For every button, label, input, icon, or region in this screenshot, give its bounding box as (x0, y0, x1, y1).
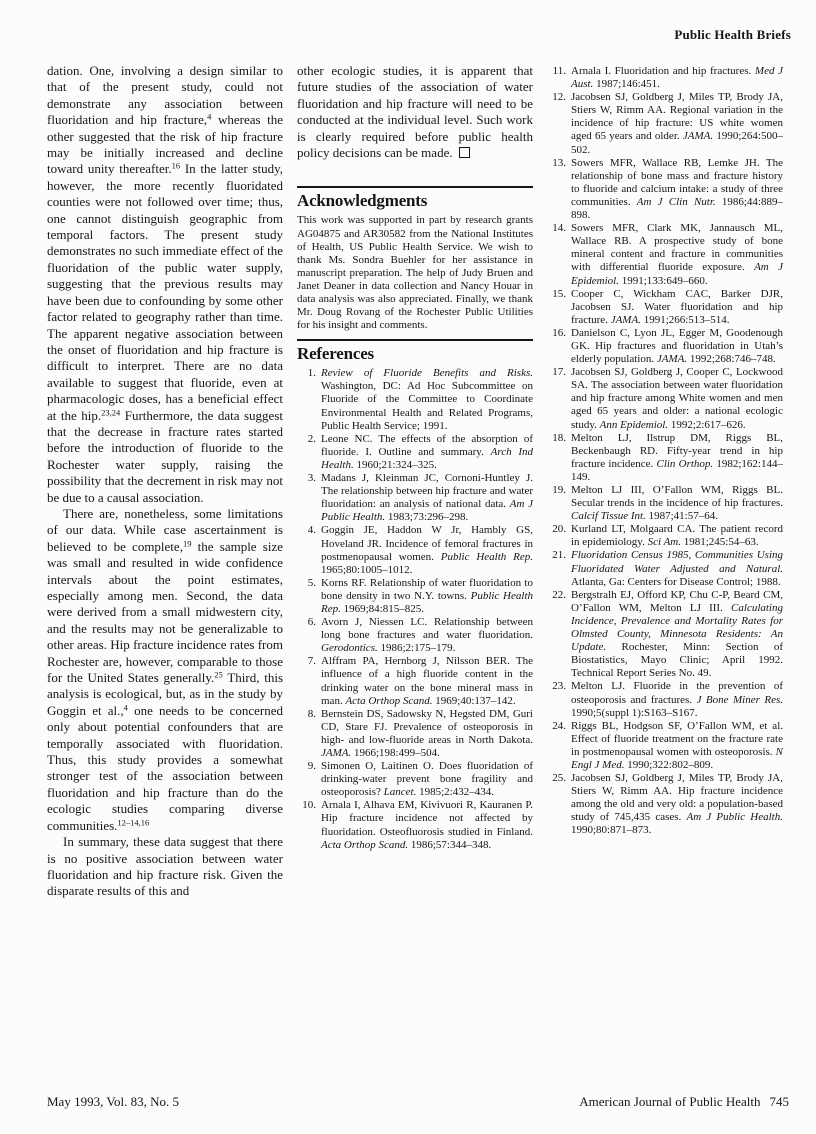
reference-text: Riggs BL, Hodgson SF, O’Fallon WM, et al… (571, 720, 783, 771)
reference-text: Melton LJ. Fluoride in the prevention of… (571, 680, 783, 718)
footer-journal-block: American Journal of Public Health745 (579, 1094, 789, 1110)
italic-text: Public Health Rep. (321, 590, 533, 615)
reference-text: Goggin JE, Haddon W Jr, Hambly GS, Hovel… (321, 524, 533, 575)
citation-superscript: 25 (214, 670, 223, 680)
reference-text: Avorn J, Niessen LC. Relationship betwee… (321, 616, 533, 654)
reference-text: Jacobsen SJ, Goldberg J, Miles TP, Brody… (571, 91, 783, 155)
reference-number: 5. (297, 577, 316, 590)
references-list-part1: 1.Review of Fluoride Benefits and Risks.… (297, 367, 533, 851)
reference-item: 10.Arnala I, Alhava EM, Kivivuori R, Kau… (297, 799, 533, 851)
italic-text: N Engl J Med. (571, 746, 783, 771)
reference-number: 19. (547, 484, 566, 497)
citation-superscript: 4 (207, 112, 211, 122)
acknowledgments-body: This work was supported in part by resea… (297, 214, 533, 332)
italic-text: Arch Ind Health. (321, 446, 533, 471)
discussion-paragraph: There are, nonetheless, some limitations… (47, 506, 283, 834)
italic-text: Am J Epidemiol. (571, 261, 783, 286)
reference-item: 6.Avorn J, Niessen LC. Relationship betw… (297, 616, 533, 655)
section-divider (297, 339, 533, 341)
citation-superscript: 4 (124, 702, 128, 712)
reference-item: 23.Melton LJ. Fluoride in the prevention… (547, 680, 783, 719)
reference-item: 14.Sowers MFR, Clark MK, Jannausch ML, W… (547, 222, 783, 287)
reference-item: 2.Leone NC. The effects of the absorptio… (297, 433, 533, 472)
references-list-part2: 11.Arnala I. Fluoridation and hip fractu… (547, 65, 783, 838)
reference-number: 12. (547, 91, 566, 104)
reference-text: Arnala I, Alhava EM, Kivivuori R, Kauran… (321, 799, 533, 850)
reference-number: 22. (547, 589, 566, 602)
reference-number: 21. (547, 549, 566, 562)
reference-number: 23. (547, 680, 566, 693)
italic-text: JAMA. (657, 353, 687, 365)
reference-text: Melton LJ III, O’Fallon WM, Riggs BL. Se… (571, 484, 783, 522)
reference-text: Sowers MFR, Wallace RB, Lemke JH. The re… (571, 157, 783, 221)
reference-number: 8. (297, 708, 316, 721)
reference-text: Jacobsen SJ, Goldberg J, Cooper C, Lockw… (571, 366, 783, 430)
footer-page-number: 745 (770, 1094, 790, 1109)
reference-number: 10. (297, 799, 316, 812)
citation-superscript: 12–14,16 (117, 817, 149, 827)
reference-item: 4.Goggin JE, Haddon W Jr, Hambly GS, Hov… (297, 524, 533, 576)
reference-text: Bernstein DS, Sadowsky N, Hegsted DM, Gu… (321, 708, 533, 759)
discussion-paragraph: dation. One, involving a design similar … (47, 63, 283, 506)
reference-item: 13.Sowers MFR, Wallace RB, Lemke JH. The… (547, 157, 783, 222)
italic-text: JAMA. (683, 130, 713, 142)
reference-item: 12.Jacobsen SJ, Goldberg J, Miles TP, Br… (547, 91, 783, 156)
italic-text: Sci Am. (648, 536, 681, 548)
reference-item: 25.Jacobsen SJ, Goldberg J, Miles TP, Br… (547, 772, 783, 837)
reference-number: 3. (297, 472, 316, 485)
column-1: dation. One, involving a design similar … (47, 63, 283, 900)
reference-item: 19.Melton LJ III, O’Fallon WM, Riggs BL.… (547, 484, 783, 523)
citation-superscript: 19 (183, 538, 192, 548)
section-divider (297, 186, 533, 188)
italic-text: Public Health Rep. (441, 551, 533, 563)
reference-item: 1.Review of Fluoride Benefits and Risks.… (297, 367, 533, 432)
reference-text: Cooper C, Wickham CAC, Barker DJR, Jacob… (571, 288, 783, 326)
reference-number: 1. (297, 367, 316, 380)
reference-text: Review of Fluoride Benefits and Risks. W… (321, 367, 533, 431)
reference-number: 17. (547, 366, 566, 379)
references-title: References (297, 344, 533, 364)
italic-text: Calcif Tissue Int. (571, 510, 646, 522)
footer-journal: American Journal of Public Health (579, 1094, 760, 1109)
reference-text: Simonen O, Laitinen O. Does fluoridation… (321, 760, 533, 798)
reference-text: Sowers MFR, Clark MK, Jannausch ML, Wall… (571, 222, 783, 286)
italic-text: Med J Aust. (571, 65, 783, 90)
reference-text: Arnala I. Fluoridation and hip fractures… (571, 65, 783, 90)
reference-text: Korns RF. Relationship of water fluorida… (321, 577, 533, 615)
reference-text: Madans J, Kleinman JC, Cornoni-Huntley J… (321, 472, 533, 523)
reference-number: 24. (547, 720, 566, 733)
reference-item: 11.Arnala I. Fluoridation and hip fractu… (547, 65, 783, 91)
page-footer: May 1993, Vol. 83, No. 5 American Journa… (47, 1094, 789, 1110)
reference-number: 7. (297, 655, 316, 668)
italic-text: JAMA. (321, 747, 351, 759)
italic-text: Acta Orthop Scand. (345, 695, 432, 707)
italic-text: Ann Epidemiol. (600, 419, 668, 431)
reference-item: 9.Simonen O, Laitinen O. Does fluoridati… (297, 760, 533, 799)
end-of-article-square (459, 147, 470, 158)
discussion-paragraph: In summary, these data suggest that ther… (47, 834, 283, 900)
reference-item: 21.Fluoridation Census 1985, Communities… (547, 549, 783, 588)
reference-number: 13. (547, 157, 566, 170)
footer-issue: May 1993, Vol. 83, No. 5 (47, 1094, 179, 1110)
reference-item: 20.Kurland LT, Molgaard CA. The patient … (547, 523, 783, 549)
reference-item: 15.Cooper C, Wickham CAC, Barker DJR, Ja… (547, 288, 783, 327)
reference-item: 5.Korns RF. Relationship of water fluori… (297, 577, 533, 616)
reference-text: Kurland LT, Molgaard CA. The patient rec… (571, 523, 783, 548)
italic-text: J Bone Miner Res. (697, 694, 783, 706)
reference-item: 24.Riggs BL, Hodgson SF, O’Fallon WM, et… (547, 720, 783, 772)
italic-text: Gerodontics. (321, 642, 378, 654)
reference-text: Bergstralh EJ, Offord KP, Chu C-P, Beard… (571, 589, 783, 680)
reference-item: 16.Danielson C, Lyon JL, Egger M, Gooden… (547, 327, 783, 366)
column-3: 11.Arnala I. Fluoridation and hip fractu… (547, 63, 783, 900)
reference-number: 2. (297, 433, 316, 446)
discussion-closing-paragraph: other ecologic studies, it is apparent t… (297, 63, 533, 161)
reference-number: 16. (547, 327, 566, 340)
reference-number: 6. (297, 616, 316, 629)
acknowledgments-title: Acknowledgments (297, 191, 533, 211)
reference-item: 17.Jacobsen SJ, Goldberg J, Cooper C, Lo… (547, 366, 783, 431)
italic-text: Review of Fluoride Benefits and Risks. (321, 367, 533, 379)
italic-text: Fluoridation Census 1985, Communities Us… (571, 549, 783, 574)
reference-number: 9. (297, 760, 316, 773)
italic-text: JAMA. (611, 314, 641, 326)
reference-text: Melton LJ, Ilstrup DM, Riggs BL, Beckenb… (571, 432, 783, 483)
reference-number: 4. (297, 524, 316, 537)
reference-item: 3.Madans J, Kleinman JC, Cornoni-Huntley… (297, 472, 533, 524)
text-columns: dation. One, involving a design similar … (47, 63, 783, 900)
reference-text: Fluoridation Census 1985, Communities Us… (571, 549, 783, 587)
reference-text: Danielson C, Lyon JL, Egger M, Goodenoug… (571, 327, 783, 365)
reference-item: 18.Melton LJ, Ilstrup DM, Riggs BL, Beck… (547, 432, 783, 484)
reference-item: 7.Alffram PA, Hernborg J, Nilsson BER. T… (297, 655, 533, 707)
reference-text: Jacobsen SJ, Goldberg J, Miles TP, Brody… (571, 772, 783, 836)
italic-text: Calculating Incidence, Prevalence and Mo… (571, 602, 783, 653)
italic-text: Acta Orthop Scand. (321, 839, 408, 851)
italic-text: Clin Orthop. (656, 458, 713, 470)
journal-page: Public Health Briefs dation. One, involv… (0, 0, 816, 1134)
reference-number: 25. (547, 772, 566, 785)
citation-superscript: 16 (172, 161, 181, 171)
italic-text: Lancet. (384, 786, 417, 798)
reference-number: 14. (547, 222, 566, 235)
reference-item: 22.Bergstralh EJ, Offord KP, Chu C-P, Be… (547, 589, 783, 681)
running-head: Public Health Briefs (674, 27, 791, 43)
citation-superscript: 23,24 (101, 407, 120, 417)
reference-number: 15. (547, 288, 566, 301)
italic-text: Am J Public Health. (686, 811, 783, 823)
reference-text: Leone NC. The effects of the absorption … (321, 433, 533, 471)
reference-number: 11. (547, 65, 566, 78)
reference-number: 18. (547, 432, 566, 445)
column-2: other ecologic studies, it is apparent t… (297, 63, 533, 900)
italic-text: Am J Clin Nutr. (637, 196, 716, 208)
italic-text: Am J Public Health. (321, 498, 533, 523)
reference-text: Alffram PA, Hernborg J, Nilsson BER. The… (321, 655, 533, 706)
reference-item: 8.Bernstein DS, Sadowsky N, Hegsted DM, … (297, 708, 533, 760)
reference-number: 20. (547, 523, 566, 536)
